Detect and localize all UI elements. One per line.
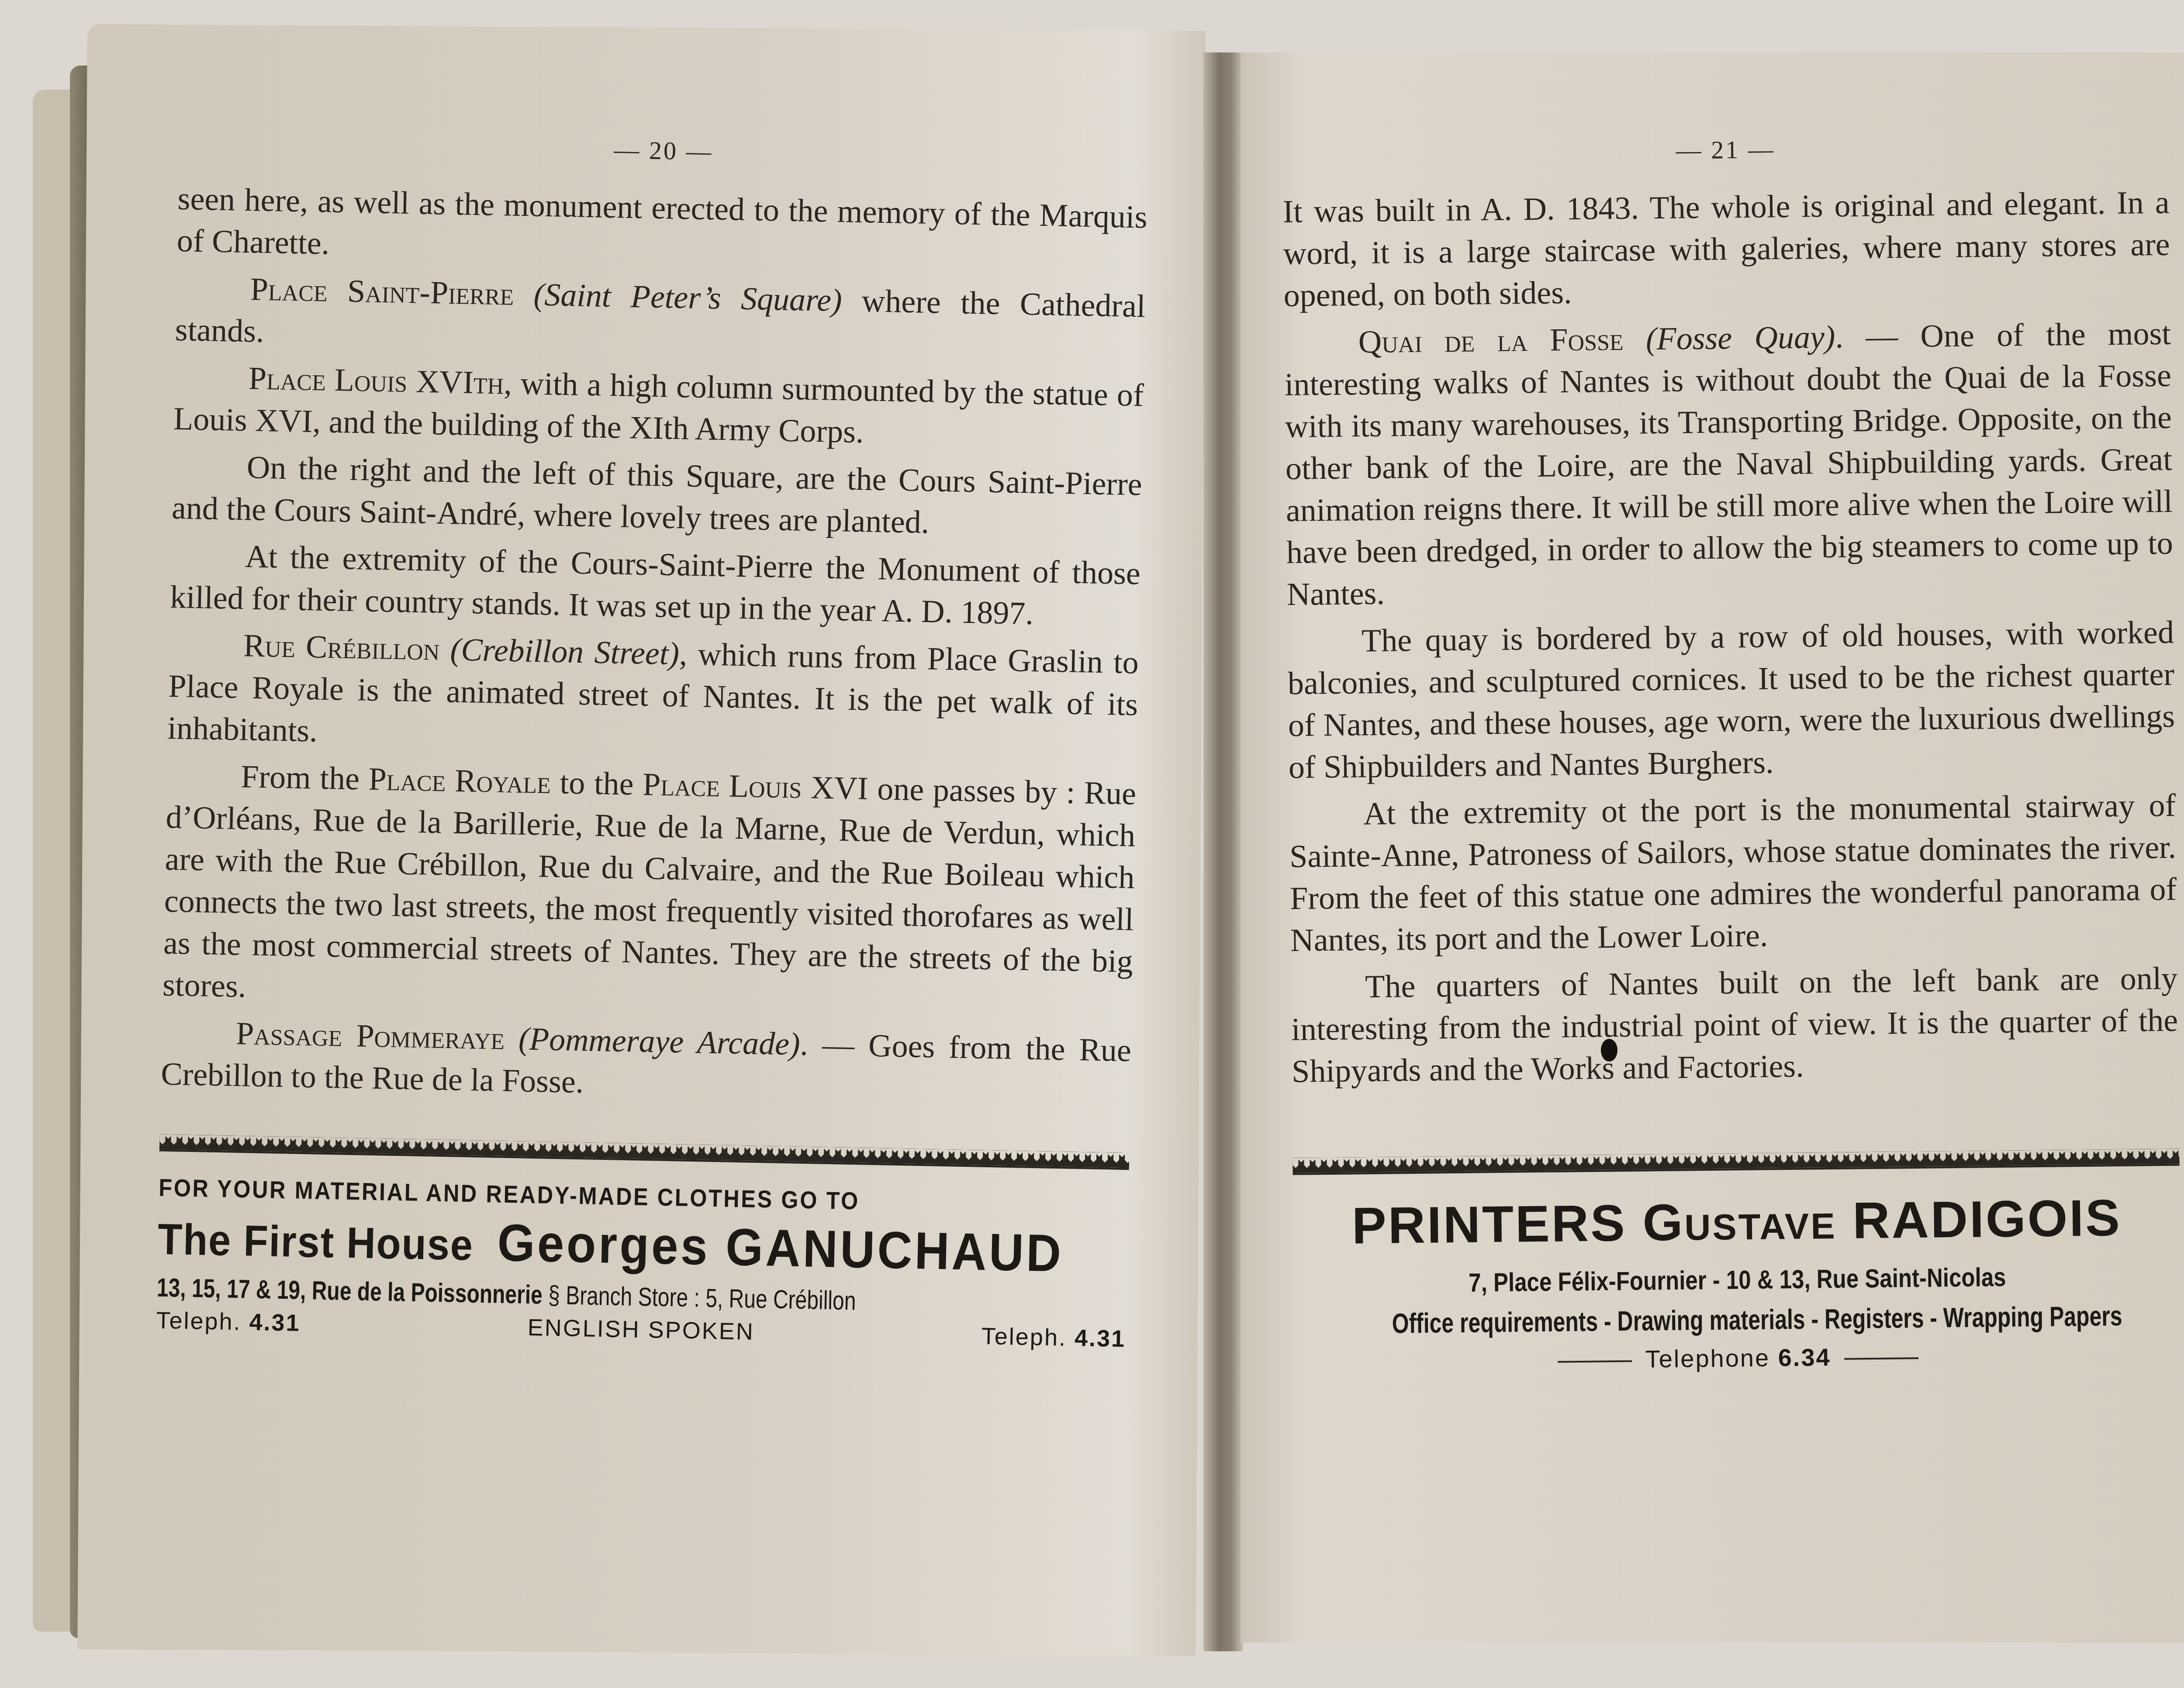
paragraph-quai-de-la-fosse: Quai de la Fosse (Fosse Quay). — One of … — [1284, 313, 2174, 616]
ornamental-rule — [1292, 1149, 2179, 1175]
ink-blot — [1601, 1039, 1617, 1062]
left-page-text: seen here, as well as the monument erect… — [160, 178, 1147, 1114]
ornamental-rule — [159, 1135, 1129, 1170]
ad-telephone-main: Teleph. 4.31 — [156, 1307, 301, 1337]
heading-place-saint-pierre: Place Saint-Pierre — [250, 271, 514, 312]
right-page-text: It was built in A. D. 1843. The whole is… — [1282, 182, 2179, 1093]
ad-telephone-branch: Teleph. 4.31 — [981, 1323, 1126, 1352]
ad-address: 7, Place Félix-Fournier - 10 & 13, Rue S… — [1360, 1261, 2114, 1299]
heading-place-louis-xvi: Place Louis XVIth — [248, 360, 504, 401]
section-ornament-icon: § — [542, 1280, 566, 1310]
heading-rue-crebillon: Rue Crébillon — [243, 628, 440, 668]
paragraph-passage-pommeraye: Passage Pommeraye (Pommeraye Arcade). — … — [160, 1011, 1131, 1114]
paragraph-built-1843: It was built in A. D. 1843. The whole is… — [1282, 182, 2170, 317]
ad-printers-title: PRINTERS Gustave RADIGOIS — [1293, 1188, 2180, 1256]
dash-rule — [1844, 1357, 1918, 1360]
left-page-content: — 20 — seen here, as well as the monumen… — [156, 127, 1149, 1352]
ad-services: Office requirements - Drawing materials … — [1392, 1300, 2084, 1340]
ad-english-spoken: ENGLISH SPOKEN — [527, 1314, 754, 1346]
paragraph-sainte-anne: At the extremity ot the port is the monu… — [1289, 785, 2177, 962]
paragraph-monument: At the extremity of the Cours-Saint-Pier… — [169, 534, 1140, 637]
book-gutter — [1203, 52, 1243, 1651]
advertisement-radigois: PRINTERS Gustave RADIGOIS 7, Place Félix… — [1293, 1188, 2181, 1377]
dash-rule — [1558, 1360, 1632, 1363]
paragraph-rue-crebillon: Rue Crébillon (Crebillon Street), which … — [167, 623, 1139, 768]
paragraph-place-royale: From the Place Royale to the Place Louis… — [162, 754, 1137, 1025]
paragraph-place-saint-pierre: Place Saint-Pierre (Saint Peter’s Square… — [175, 267, 1146, 370]
heading-passage-pommeraye: Passage Pommeraye — [235, 1016, 505, 1057]
paragraph-continuation: seen here, as well as the monument erect… — [176, 178, 1147, 280]
paragraph-cours: On the right and the left of this Square… — [171, 445, 1142, 548]
heading-quai-de-la-fosse: Quai de la Fosse — [1358, 322, 1624, 360]
paragraph-old-houses: The quay is bordered by a row of old hou… — [1287, 612, 2176, 789]
paragraph-left-bank: The quarters of Nantes built on the left… — [1291, 958, 2179, 1093]
right-page-content: — 21 — It was built in A. D. 1843. The w… — [1282, 131, 2182, 1377]
ad-house-name: The First House Georges GANUCHAUD — [157, 1206, 1051, 1283]
paragraph-place-louis-xvi: Place Louis XVIth, with a high column su… — [173, 356, 1144, 459]
advertisement-ganuchaud: FOR YOUR MATERIAL AND READY-MADE CLOTHES… — [156, 1173, 1129, 1353]
